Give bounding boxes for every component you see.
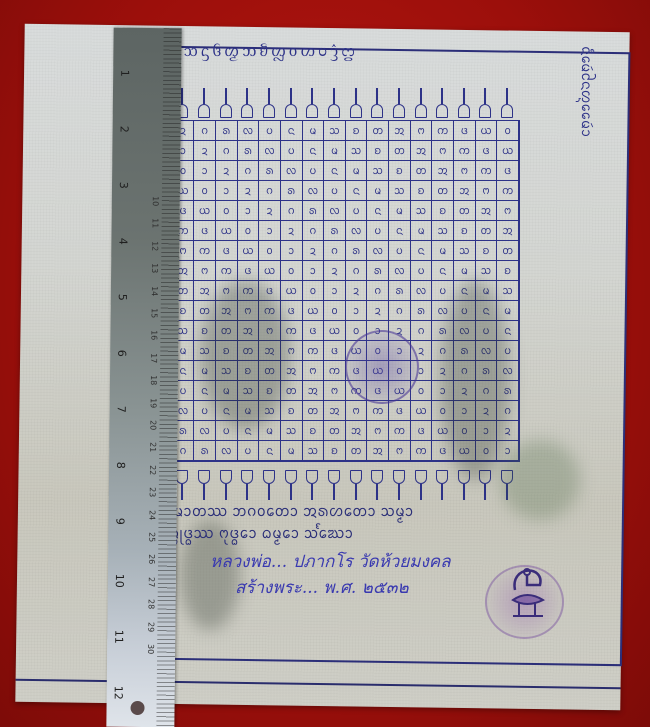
yantra-cell: ᨧ (281, 401, 303, 421)
yantra-cell: ᨿ (324, 321, 346, 341)
yantra-cell: ᨠ (324, 361, 346, 381)
yantra-cell: ᨯ (194, 141, 216, 161)
yantra-cell: ᨴ (497, 161, 519, 181)
yantra-cell: ᩃ (324, 201, 346, 221)
yantra-cell: ᨾ (346, 161, 368, 181)
yantra-cell: ᨯ (216, 161, 238, 181)
yantra-cell: ᩋ (194, 281, 216, 301)
yantra-cell: ᨿ (216, 221, 238, 241)
stupa-icon (220, 88, 232, 118)
yantra-cell: ᨻ (497, 201, 519, 221)
inscription-line-2: สร้างพระ... พ.ศ. ๒๕๓๒ (235, 574, 409, 601)
yantra-cell: ᩁ (324, 221, 346, 241)
ruler-secondary-label: 17 (149, 353, 158, 363)
stupa-icon (263, 470, 275, 500)
yantra-cell: ᨧ (324, 441, 346, 461)
inscription-line-1: หลวงพ่อ... ปภากโร วัดห้วยมงคล (210, 548, 451, 575)
ruler-cm-label: 6 (115, 350, 128, 370)
yantra-cell: ᨾ (411, 221, 433, 241)
yantra-cell: ᨶ (367, 201, 389, 221)
stupa-icon (263, 88, 275, 118)
yantra-cell: ᨷ (238, 441, 260, 461)
ruler-cm-label: 11 (112, 630, 125, 650)
yantra-cell: ᨲ (303, 401, 325, 421)
yantra-cell: ᨿ (194, 201, 216, 221)
yantra-cell: ᨶ (259, 441, 281, 461)
yantra-cell: ᨧ (476, 241, 498, 261)
yantra-cell: ᨶ (432, 261, 454, 281)
yantra-cell: ᩃ (389, 261, 411, 281)
yantra-cell: ᨠ (454, 141, 476, 161)
ruler-secondary-label: 14 (150, 286, 159, 296)
yantra-cell: ᨲ (454, 201, 476, 221)
yantra-cell: ᨣ (281, 201, 303, 221)
stupa-icon (328, 470, 340, 500)
yantra-cell: ᩋ (497, 221, 519, 241)
ruler-secondary-label: 30 (146, 644, 155, 654)
yantra-cell: ᩃ (238, 121, 260, 141)
top-stupa-row (150, 78, 518, 118)
stupa-icon (241, 88, 253, 118)
yantra-cell: ᨾ (367, 181, 389, 201)
yantra-cell: ᨿ (281, 281, 303, 301)
yantra-cell: ᨻ (454, 161, 476, 181)
yantra-cell: ᩈ (346, 141, 368, 161)
yantra-cell: ᩣ (259, 221, 281, 241)
ruler-cm-label: 10 (113, 574, 126, 594)
yantra-cell: ᩅ (259, 241, 281, 261)
yantra-cell: ᨷ (259, 121, 281, 141)
yantra-cell: ᨲ (411, 161, 433, 181)
ruler-secondary-label: 16 (149, 330, 158, 340)
yantra-cell: ᨻ (194, 261, 216, 281)
yantra-cell: ᨧ (389, 161, 411, 181)
yantra-cell: ᨴ (216, 241, 238, 261)
yantra-cell: ᨣ (324, 241, 346, 261)
yantra-cell: ᩅ (238, 221, 260, 241)
yantra-cell: ᨠ (303, 341, 325, 361)
stupa-icon (415, 470, 427, 500)
yantra-cell: ᩈ (432, 221, 454, 241)
bottom-script-line-2: ᩈᨾ᩠ᨻᩩᨴ᩠ᨵᩔ ᨻᩩᨴ᩠ᨵᩮᩣ ᨵᨾ᩠ᨾᩮᩣ ᩈᩘᨥᩮᩣ (155, 522, 575, 546)
yantra-cell: ᨴ (411, 421, 433, 441)
yantra-cell: ᨷ (389, 241, 411, 261)
yantra-cell: ᩅ (194, 181, 216, 201)
yantra-cell: ᨻ (432, 141, 454, 161)
yantra-cell: ᨧ (303, 421, 325, 441)
yantra-cell: ᨠ (476, 161, 498, 181)
stupa-icon (328, 88, 340, 118)
ruler-secondary-label: 26 (147, 554, 156, 564)
yantra-cell: ᨶ (346, 181, 368, 201)
yantra-cell: ᨯ (259, 201, 281, 221)
yantra-cell: ᨲ (476, 221, 498, 241)
yantra-cell: ᩃ (411, 281, 433, 301)
yantra-cell: ᩅ (303, 281, 325, 301)
yantra-cell: ᨯ (281, 221, 303, 241)
ruler-secondary-label: 13 (150, 263, 159, 273)
yantra-cell: ᩅ (281, 261, 303, 281)
yantra-cell: ᨠ (194, 241, 216, 261)
center-stamp (345, 330, 419, 404)
yantra-cell: ᨾ (303, 121, 325, 141)
yantra-cell: ᩈ (281, 421, 303, 441)
ruler-cm-label: 2 (117, 126, 130, 146)
yantra-cell: ᨷ (303, 161, 325, 181)
yantra-cell: ᨧ (346, 121, 368, 141)
yantra-cell: ᩁ (367, 261, 389, 281)
stupa-icon (198, 470, 210, 500)
yantra-cell: ᨾ (324, 141, 346, 161)
yantra-cell: ᨿ (476, 121, 498, 141)
yantra-cell: ᨠ (216, 261, 238, 281)
stupa-icon (436, 88, 448, 118)
ruler-cm-label: 8 (114, 462, 127, 482)
yantra-cell: ᩈ (303, 441, 325, 461)
yantra-cell: ᨧ (411, 181, 433, 201)
stupa-icon (458, 88, 470, 118)
yantra-cell: ᩁ (194, 441, 216, 461)
yantra-cell: ᩁ (238, 141, 260, 161)
yantra-cell: ᨴ (389, 401, 411, 421)
yantra-cell: ᨠ (367, 401, 389, 421)
yantra-cell: ᨾ (281, 441, 303, 461)
ruler-hang-hole (130, 701, 144, 715)
ruler-cm-label: 4 (116, 238, 129, 258)
yantra-cell: ᩅ (324, 301, 346, 321)
yantra-cell: ᨲ (367, 121, 389, 141)
yantra-cell: ᨷ (367, 221, 389, 241)
stupa-icon (350, 88, 362, 118)
stupa-icon (306, 88, 318, 118)
ruler-secondary-label: 29 (146, 622, 155, 632)
stain (440, 280, 510, 480)
yantra-cell: ᩅ (216, 201, 238, 221)
yantra-cell: ᩋ (324, 401, 346, 421)
yantra-cell: ᩋ (303, 381, 325, 401)
yantra-cell: ᩃ (281, 161, 303, 181)
ruler-secondary-label: 25 (147, 532, 156, 542)
yantra-cell: ᨣ (238, 161, 260, 181)
yantra-cell: ᨧ (497, 261, 519, 281)
yantra-cell: ᨶ (324, 161, 346, 181)
yantra-cell: ᩁ (389, 281, 411, 301)
yantra-cell: ᩈ (411, 201, 433, 221)
ruler-secondary-label: 10 (151, 196, 160, 206)
yantra-cell: ᩣ (194, 161, 216, 181)
yantra-cell: ᨣ (194, 121, 216, 141)
ruler-secondary-label: 21 (148, 442, 157, 452)
yantra-cell: ᨻ (303, 361, 325, 381)
yantra-cell: ᨴ (476, 141, 498, 161)
yantra-cell: ᨯ (346, 281, 368, 301)
stupa-icon (371, 88, 383, 118)
yantra-cell: ᨯ (367, 301, 389, 321)
ruler-cm-label: 3 (117, 182, 130, 202)
ruler-secondary-label: 27 (147, 577, 156, 587)
yantra-cell: ᩃ (303, 181, 325, 201)
yantra-cell: ᨴ (238, 261, 260, 281)
yantra-cell: ᨣ (367, 281, 389, 301)
ruler-cm-label: 12 (112, 686, 125, 706)
yantra-cell: ᨷ (324, 181, 346, 201)
yantra-cell: ᨻ (411, 121, 433, 141)
stupa-icon (176, 470, 188, 500)
ruler-secondary-label: 19 (149, 398, 158, 408)
yantra-cell: ᩋ (367, 441, 389, 461)
yantra-header-script: ꩫ ᥠ ᦃ ᦡ ᦣ ᦉ ᦓ ᦑ ᦖ ᦘ ᦚ ᦜ ᦞ ᦠ ᦢ ᦤ ᦦ (120, 40, 590, 66)
yantra-cell: ᩈ (454, 241, 476, 261)
yantra-cell: ᩃ (259, 141, 281, 161)
yantra-cell: ᩅ (497, 121, 519, 141)
yantra-cell: ᨠ (432, 121, 454, 141)
stupa-icon (479, 88, 491, 118)
yantra-cell: ᨴ (303, 321, 325, 341)
yantra-cell: ᩣ (303, 261, 325, 281)
unalom-symbol-icon (505, 560, 550, 620)
yantra-cell: ᨾ (389, 201, 411, 221)
yantra-cell: ᨿ (238, 241, 260, 261)
stupa-icon (285, 88, 297, 118)
yantra-cell: ᨻ (346, 401, 368, 421)
yantra-cell: ᩁ (303, 201, 325, 221)
yantra-cell: ᩣ (324, 281, 346, 301)
yantra-cell: ᩁ (346, 241, 368, 261)
ruler-cm-label: 5 (116, 294, 129, 314)
yantra-cell: ᨶ (411, 241, 433, 261)
yantra-cell: ᩈ (389, 181, 411, 201)
yantra-cell: ᨶ (303, 141, 325, 161)
ruler-secondary-label: 24 (148, 510, 157, 520)
yantra-cell: ᨧ (367, 141, 389, 161)
yantra-cell: ᨠ (389, 421, 411, 441)
stupa-icon (436, 470, 448, 500)
yantra-cell: ᨿ (259, 261, 281, 281)
yantra-cell: ᨠ (497, 181, 519, 201)
ruler-secondary-label: 18 (149, 375, 158, 385)
ruler-secondary-label: 23 (148, 487, 157, 497)
yantra-cell: ᨻ (324, 381, 346, 401)
stupa-icon (306, 470, 318, 500)
yantra-cell: ᨯ (324, 261, 346, 281)
yantra-cell: ᨾ (432, 241, 454, 261)
yantra-cell: ᩁ (216, 121, 238, 141)
stain (200, 280, 290, 430)
yantra-cell: ᩋ (476, 201, 498, 221)
yantra-cell: ᨯ (303, 241, 325, 261)
yantra-cell: ᩁ (411, 301, 433, 321)
bottom-script-line-1: ᨶᨾᩮᩣᨲᩔ ᨽᨣᩅᨲᩮᩣ ᩋᩁᩉᨲᩮᩣ ᩈᨾ᩠ᨾᩣ (155, 500, 575, 524)
yantra-cell: ᩣ (216, 181, 238, 201)
yantra-cell: ᨴ (194, 221, 216, 241)
stupa-icon (415, 88, 427, 118)
yantra-cell: ᨴ (324, 341, 346, 361)
stupa-icon (241, 470, 253, 500)
ruler-secondary-label: 11 (151, 218, 160, 228)
yantra-cell: ᨯ (238, 181, 260, 201)
yantra-cell: ᨴ (454, 121, 476, 141)
stupa-icon (285, 470, 297, 500)
metal-ruler: 1234567891011121011121314151617181920212… (106, 28, 181, 727)
yantra-cell: ᩃ (346, 221, 368, 241)
ruler-cm-label: 7 (114, 406, 127, 426)
yantra-cell: ᩈ (476, 261, 498, 281)
yantra-cell: ᨷ (281, 141, 303, 161)
yantra-cell: ᨣ (216, 141, 238, 161)
stupa-icon (220, 470, 232, 500)
stupa-icon (393, 88, 405, 118)
stupa-icon (350, 470, 362, 500)
yantra-cell: ᨠ (411, 441, 433, 461)
yantra-cell: ᨣ (411, 321, 433, 341)
yantra-cell: ᨿ (497, 141, 519, 161)
yantra-cell: ᨶ (281, 121, 303, 141)
stupa-icon (501, 88, 513, 118)
yantra-cell: ᩃ (216, 441, 238, 461)
yantra-cell: ᩋ (346, 421, 368, 441)
yantra-cell: ᨲ (389, 141, 411, 161)
yantra-cell: ᨶ (389, 221, 411, 241)
yantra-cell: ᨲ (324, 421, 346, 441)
yantra-cell: ᨣ (303, 221, 325, 241)
ruler-secondary-label: 28 (147, 599, 156, 609)
yantra-cell: ᨾ (454, 261, 476, 281)
yantra-cell: ᩋ (454, 181, 476, 201)
yantra-cell: ᨻ (367, 421, 389, 441)
yantra-cell: ᩁ (259, 161, 281, 181)
yantra-cell: ᩣ (346, 301, 368, 321)
yantra-cell: ᩃ (367, 241, 389, 261)
ruler-secondary-label: 12 (150, 241, 159, 251)
yantra-cell: ᩋ (432, 161, 454, 181)
stupa-icon (198, 88, 210, 118)
yantra-cell: ᩈ (497, 281, 519, 301)
yantra-cell: ᨲ (432, 181, 454, 201)
ruler-cm-label: 9 (113, 518, 126, 538)
yantra-cell: ᨻ (389, 441, 411, 461)
yantra-cell: ᨧ (432, 201, 454, 221)
yantra-cell: ᨷ (432, 281, 454, 301)
yantra-cell: ᨲ (346, 441, 368, 461)
stupa-icon (393, 470, 405, 500)
yantra-cell: ᨣ (389, 301, 411, 321)
yantra-cell: ᨲ (497, 241, 519, 261)
yantra-cell: ᨷ (346, 201, 368, 221)
yantra-cell: ᨻ (476, 181, 498, 201)
yantra-cell: ᨣ (259, 181, 281, 201)
yantra-cell: ᨿ (411, 401, 433, 421)
yantra-cell: ᨷ (411, 261, 433, 281)
yantra-cell: ᩈ (367, 161, 389, 181)
yantra-cell: ᩃ (194, 421, 216, 441)
yantra-cell: ᨣ (346, 261, 368, 281)
yantra-cell: ᨧ (454, 221, 476, 241)
yantra-cell: ᩈ (324, 121, 346, 141)
yantra-cell: ᩣ (238, 201, 260, 221)
stupa-icon (371, 470, 383, 500)
yantra-cell: ᩁ (281, 181, 303, 201)
yantra-side-script: ᨶᩥᨾᩮᩢᨶᩲᩉ᩠ᨶᩯᨾᩢᩣ (575, 46, 597, 486)
ruler-cm-label: 1 (118, 70, 131, 90)
yantra-cell: ᩋ (411, 141, 433, 161)
ruler-secondary-label: 15 (150, 308, 159, 318)
ruler-secondary-label: 22 (148, 465, 157, 475)
yantra-cell: ᨿ (303, 301, 325, 321)
yantra-cell: ᩋ (389, 121, 411, 141)
yantra-cell: ᩣ (281, 241, 303, 261)
ruler-secondary-label: 20 (148, 420, 157, 430)
